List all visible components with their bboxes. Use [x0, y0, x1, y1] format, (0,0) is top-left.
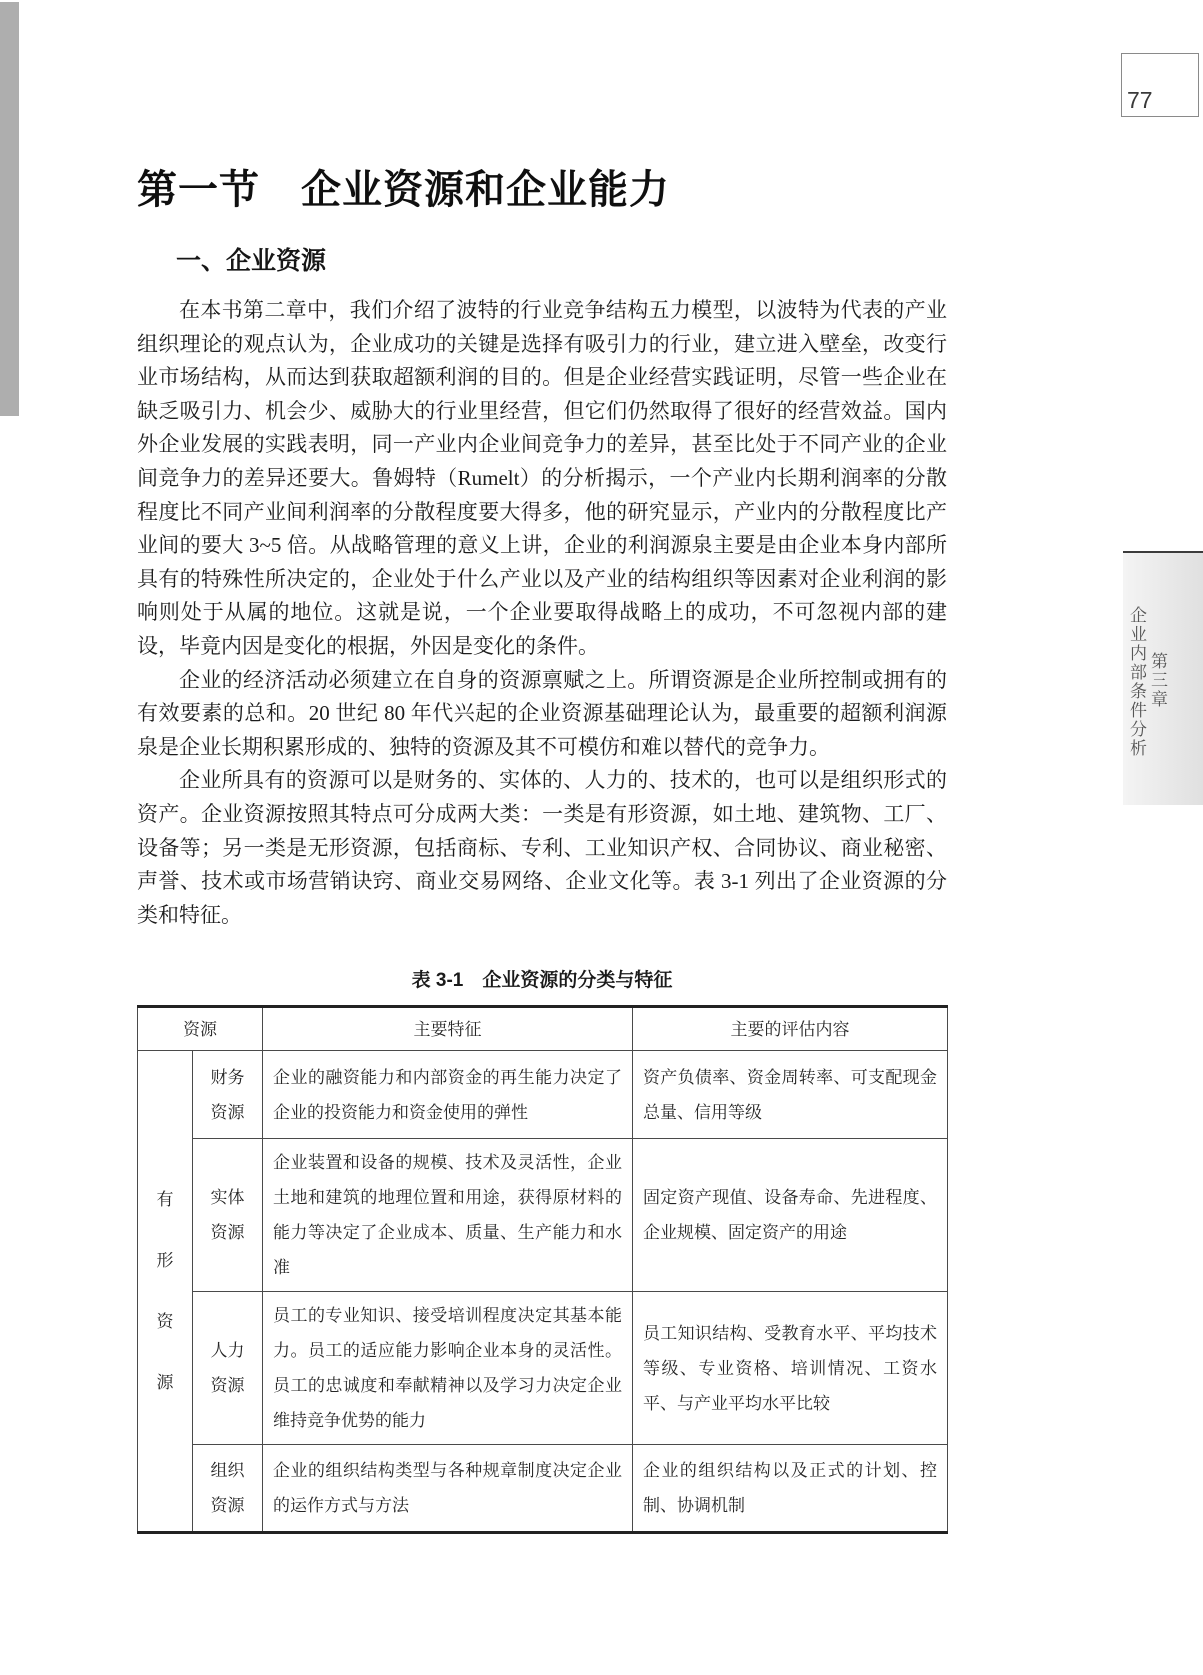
page-content: 第一节 企业资源和企业能力 一、企业资源 在本书第二章中，我们介绍了波特的行业竞…	[137, 0, 947, 1534]
category-cell: 财务资源	[193, 1051, 263, 1139]
scan-edge-strip	[0, 2, 19, 416]
group-cell: 有形资源	[138, 1051, 193, 1533]
evaluation-cell: 资产负债率、资金周转率、可支配现金总量、信用等级	[633, 1051, 948, 1139]
subsection-title: 一、企业资源	[176, 241, 947, 277]
table-row: 实体资源 企业装置和设备的规模、技术及灵活性，企业土地和建筑的地理位置和用途，获…	[138, 1139, 948, 1292]
category-cell: 组织资源	[193, 1445, 263, 1533]
section-title: 第一节 企业资源和企业能力	[137, 166, 947, 214]
resource-table: 资源 主要特征 主要的评估内容 有形资源 财务资源 企业的融资能力和内部资金的再…	[137, 1005, 948, 1534]
page-number-box: 77	[1121, 53, 1199, 117]
feature-cell: 员工的专业知识、接受培训程度决定其基本能力。员工的适应能力影响企业本身的灵活性。…	[263, 1292, 633, 1445]
table-row: 有形资源 财务资源 企业的融资能力和内部资金的再生能力决定了企业的投资能力和资金…	[138, 1051, 948, 1139]
body-text: 在本书第二章中，我们介绍了波特的行业竞争结构五力模型，以波特为代表的产业组织理论…	[137, 294, 947, 932]
feature-cell: 企业的组织结构类型与各种规章制度决定企业的运作方式与方法	[263, 1445, 633, 1533]
category-cell: 实体资源	[193, 1139, 263, 1292]
evaluation-cell: 固定资产现值、设备寿命、先进程度、企业规模、固定资产的用途	[633, 1139, 948, 1292]
table-caption: 表 3-1 企业资源的分类与特征	[137, 965, 947, 992]
header-feature: 主要特征	[263, 1007, 633, 1051]
group-label: 有形资源	[156, 1169, 175, 1413]
paragraph: 企业所具有的资源可以是财务的、实体的、人力的、技术的，也可以是组织形式的资产。企…	[137, 764, 947, 932]
page-number: 77	[1127, 87, 1153, 114]
paragraph: 企业的经济活动必须建立在自身的资源禀赋之上。所谓资源是企业所控制或拥有的有效要素…	[137, 664, 947, 765]
table-row: 组织资源 企业的组织结构类型与各种规章制度决定企业的运作方式与方法 企业的组织结…	[138, 1445, 948, 1533]
feature-cell: 企业的融资能力和内部资金的再生能力决定了企业的投资能力和资金使用的弹性	[263, 1051, 633, 1139]
feature-cell: 企业装置和设备的规模、技术及灵活性，企业土地和建筑的地理位置和用途，获得原材料的…	[263, 1139, 633, 1292]
evaluation-cell: 企业的组织结构以及正式的计划、控制、协调机制	[633, 1445, 948, 1533]
paragraph: 在本书第二章中，我们介绍了波特的行业竞争结构五力模型，以波特为代表的产业组织理论…	[137, 294, 947, 664]
chapter-tab-chapter: 第三章	[1145, 652, 1170, 722]
table-row: 人力资源 员工的专业知识、接受培训程度决定其基本能力。员工的适应能力影响企业本身…	[138, 1292, 948, 1445]
header-evaluation: 主要的评估内容	[633, 1007, 948, 1051]
evaluation-cell: 员工知识结构、受教育水平、平均技术等级、专业资格、培训情况、工资水平、与产业平均…	[633, 1292, 948, 1445]
table-header-row: 资源 主要特征 主要的评估内容	[138, 1007, 948, 1051]
header-resource: 资源	[138, 1007, 263, 1051]
category-cell: 人力资源	[193, 1292, 263, 1445]
book-page: { "page": { "number": "77", "tab": { "ti…	[0, 0, 1203, 1675]
